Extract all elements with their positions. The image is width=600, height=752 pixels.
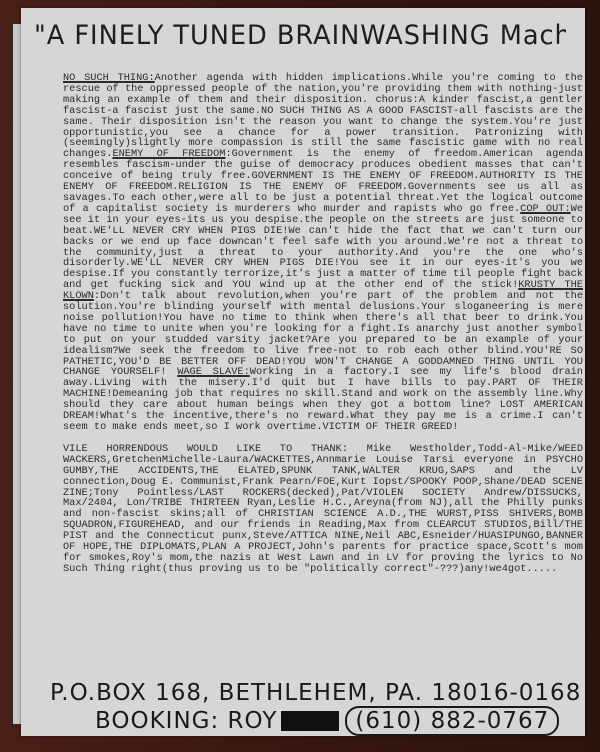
lyrics-paragraph: NO SUCH THING:Another agenda with hidden… bbox=[63, 73, 583, 433]
lyrics-body: NO SUCH THING:Another agenda with hidden… bbox=[63, 73, 583, 586]
booking-label: BOOKING: ROY bbox=[95, 708, 277, 734]
redacted-block bbox=[281, 711, 339, 731]
mailing-address: P.O.BOX 168, BETHLEHEM, PA. 18016-0168 bbox=[50, 680, 590, 706]
lyrics-no-such-thing: Another agenda with hidden implications.… bbox=[63, 72, 583, 160]
lyrics-wage-slave: Working in a factory.I see my life's blo… bbox=[63, 366, 583, 433]
footer-contact: P.O.BOX 168, BETHLEHEM, PA. 18016-0168 B… bbox=[50, 680, 590, 736]
lyrics-cop-out: We see it in your eyes-its us you despis… bbox=[63, 203, 583, 291]
phone-number: (610) 882-0767 bbox=[345, 706, 559, 736]
handwritten-title: "A FINELY TUNED BRAINWASHING Machine bbox=[34, 20, 566, 51]
lyrics-krusty-the-klown: :Don't talk about revolution,when you're… bbox=[63, 290, 583, 378]
booking-line: BOOKING: ROY (610) 882-0767 bbox=[95, 706, 590, 736]
thanks-paragraph: VILE HORRENDOUS WOULD LIKE TO THANK: Mik… bbox=[63, 444, 583, 575]
lyrics-enemy-of-freedom: :Government is the enemy of freedom.Amer… bbox=[63, 148, 583, 215]
